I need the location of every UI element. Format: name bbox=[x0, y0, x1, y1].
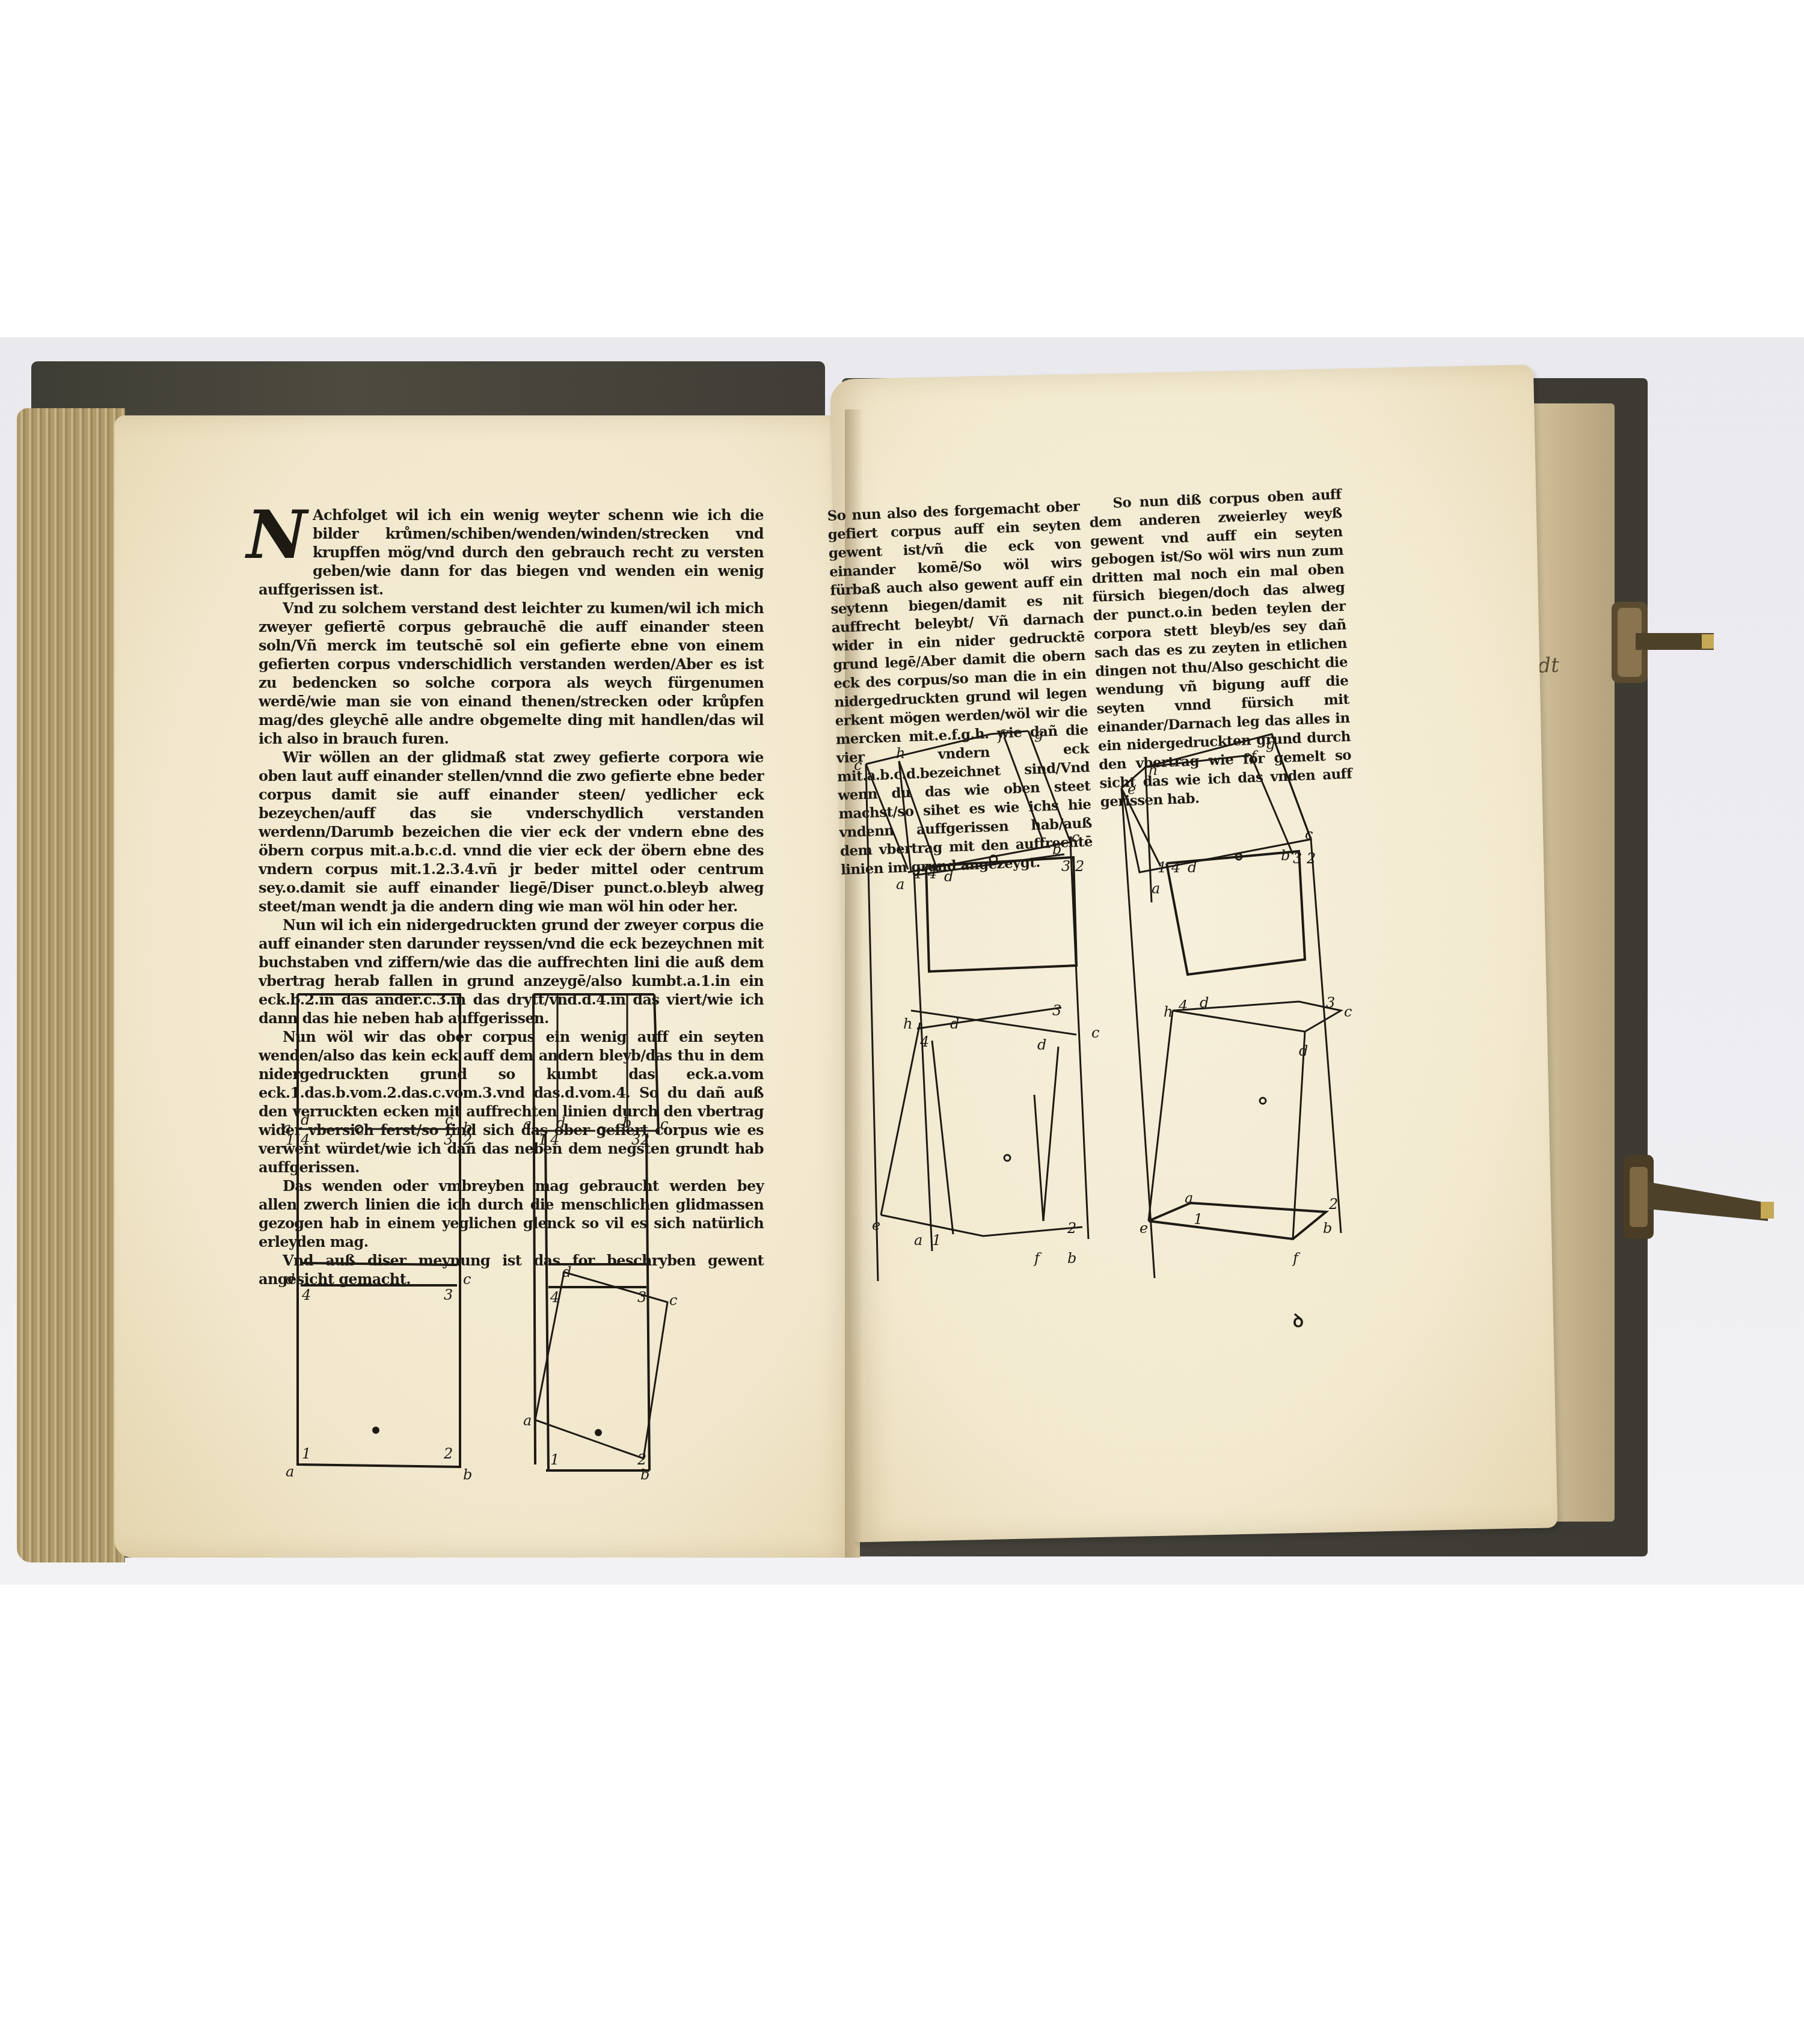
svg-text:c: c bbox=[1305, 826, 1313, 843]
book-photograph: Schmidt N Achfolget wil ich ein wenig we… bbox=[0, 337, 1804, 1585]
svg-text:f: f bbox=[1250, 748, 1259, 765]
svg-text:a: a bbox=[896, 876, 904, 893]
svg-text:d: d bbox=[556, 1115, 565, 1131]
svg-text:3: 3 bbox=[1326, 994, 1335, 1011]
svg-text:4: 4 bbox=[300, 1131, 310, 1148]
svg-text:b: b bbox=[1052, 841, 1061, 858]
svg-text:2: 2 bbox=[637, 1451, 646, 1468]
upper-brass-clasp bbox=[1612, 602, 1720, 686]
svg-text:1: 1 bbox=[302, 1445, 311, 1462]
paragraph-3: Wir wöllen an der glidmaß stat zwey gefi… bbox=[259, 748, 764, 916]
svg-text:2: 2 bbox=[640, 1131, 649, 1148]
svg-text:3: 3 bbox=[1052, 1002, 1061, 1019]
svg-text:f: f bbox=[1033, 1250, 1042, 1267]
svg-text:f: f bbox=[1292, 1250, 1301, 1267]
svg-text:c: c bbox=[854, 757, 862, 774]
svg-text:d: d bbox=[1037, 1036, 1046, 1053]
svg-text:c: c bbox=[1091, 1024, 1099, 1041]
svg-text:d: d bbox=[950, 1015, 959, 1032]
svg-text:c: c bbox=[1072, 829, 1079, 846]
svg-text:1: 1 bbox=[286, 1131, 295, 1148]
svg-text:1: 1 bbox=[550, 1451, 559, 1468]
svg-text:4: 4 bbox=[1178, 997, 1188, 1014]
diagram-rotated-corpus: a d b c 1 4 3 2 d 4 3 c a 1 2 b bbox=[439, 990, 655, 1521]
svg-text:a: a bbox=[523, 1116, 532, 1133]
svg-text:b: b bbox=[1281, 847, 1290, 864]
svg-text:a: a bbox=[1185, 1190, 1193, 1207]
svg-text:b: b bbox=[1323, 1220, 1332, 1237]
svg-text:b: b bbox=[1067, 1250, 1076, 1267]
diagram-bent-forward-corpus: e h f g 1 4 d b 3 2 c a h 4 d 3 c d e a … bbox=[1112, 728, 1377, 1271]
svg-text:b: b bbox=[640, 1466, 649, 1483]
svg-text:e: e bbox=[1140, 1220, 1148, 1237]
svg-text:d: d bbox=[944, 868, 953, 885]
svg-text:4: 4 bbox=[919, 1033, 929, 1050]
svg-text:d: d bbox=[301, 1112, 310, 1128]
svg-text:h: h bbox=[903, 1015, 912, 1032]
svg-text:h: h bbox=[896, 745, 905, 762]
svg-text:g: g bbox=[1266, 736, 1275, 753]
svg-text:d: d bbox=[562, 1264, 571, 1281]
svg-text:4: 4 bbox=[301, 1287, 311, 1303]
svg-text:1: 1 bbox=[1194, 1211, 1203, 1228]
svg-text:a: a bbox=[1152, 880, 1160, 897]
svg-text:b: b bbox=[622, 1115, 631, 1131]
svg-text:3 2: 3 2 bbox=[1293, 850, 1316, 867]
svg-text:h: h bbox=[1164, 1003, 1173, 1020]
paragraph-2: Vnd zu solchem verstand dest leichter zu… bbox=[259, 599, 764, 748]
svg-text:3 2: 3 2 bbox=[1061, 858, 1084, 875]
svg-text:a: a bbox=[523, 1412, 532, 1429]
svg-text:g: g bbox=[1034, 726, 1043, 742]
svg-text:c: c bbox=[1344, 1003, 1352, 1020]
svg-text:1 4: 1 4 bbox=[1158, 859, 1180, 876]
svg-text:3: 3 bbox=[637, 1289, 646, 1306]
svg-text:d: d bbox=[286, 1271, 295, 1288]
diagram-bent-sideways-corpus: c h f g a 1 4 d b c 3 2 h d 4 3 d c e a … bbox=[854, 728, 1155, 1284]
svg-text:h: h bbox=[1149, 762, 1158, 779]
svg-text:a: a bbox=[286, 1463, 294, 1480]
svg-text:e: e bbox=[1127, 781, 1136, 798]
svg-text:3: 3 bbox=[631, 1131, 640, 1148]
signature-mark: ꝺ bbox=[1293, 1308, 1304, 1332]
svg-text:1 4: 1 4 bbox=[914, 865, 937, 882]
svg-text:a: a bbox=[914, 1232, 922, 1249]
diagram-upright-corpus: a d c b 1 4 3 2 d c 4 3 1 2 a b bbox=[283, 990, 463, 1509]
paragraph-1: Achfolget wil ich ein wenig weyter schen… bbox=[259, 506, 764, 599]
svg-text:f: f bbox=[997, 727, 1006, 744]
lower-brass-clasp bbox=[1624, 1155, 1780, 1245]
left-page-edges bbox=[17, 408, 125, 1562]
decorated-initial: N bbox=[247, 508, 307, 562]
svg-text:c: c bbox=[660, 1116, 668, 1133]
svg-text:4: 4 bbox=[550, 1289, 559, 1306]
svg-text:1: 1 bbox=[538, 1131, 547, 1148]
svg-text:4: 4 bbox=[550, 1131, 559, 1148]
svg-text:d: d bbox=[1188, 859, 1197, 876]
svg-text:2: 2 bbox=[1067, 1220, 1076, 1237]
svg-text:e: e bbox=[872, 1217, 880, 1234]
svg-text:c: c bbox=[669, 1292, 677, 1309]
svg-text:d: d bbox=[1200, 994, 1209, 1011]
svg-text:d: d bbox=[1299, 1042, 1308, 1059]
svg-text:1: 1 bbox=[932, 1232, 941, 1249]
svg-text:2: 2 bbox=[1328, 1196, 1338, 1213]
